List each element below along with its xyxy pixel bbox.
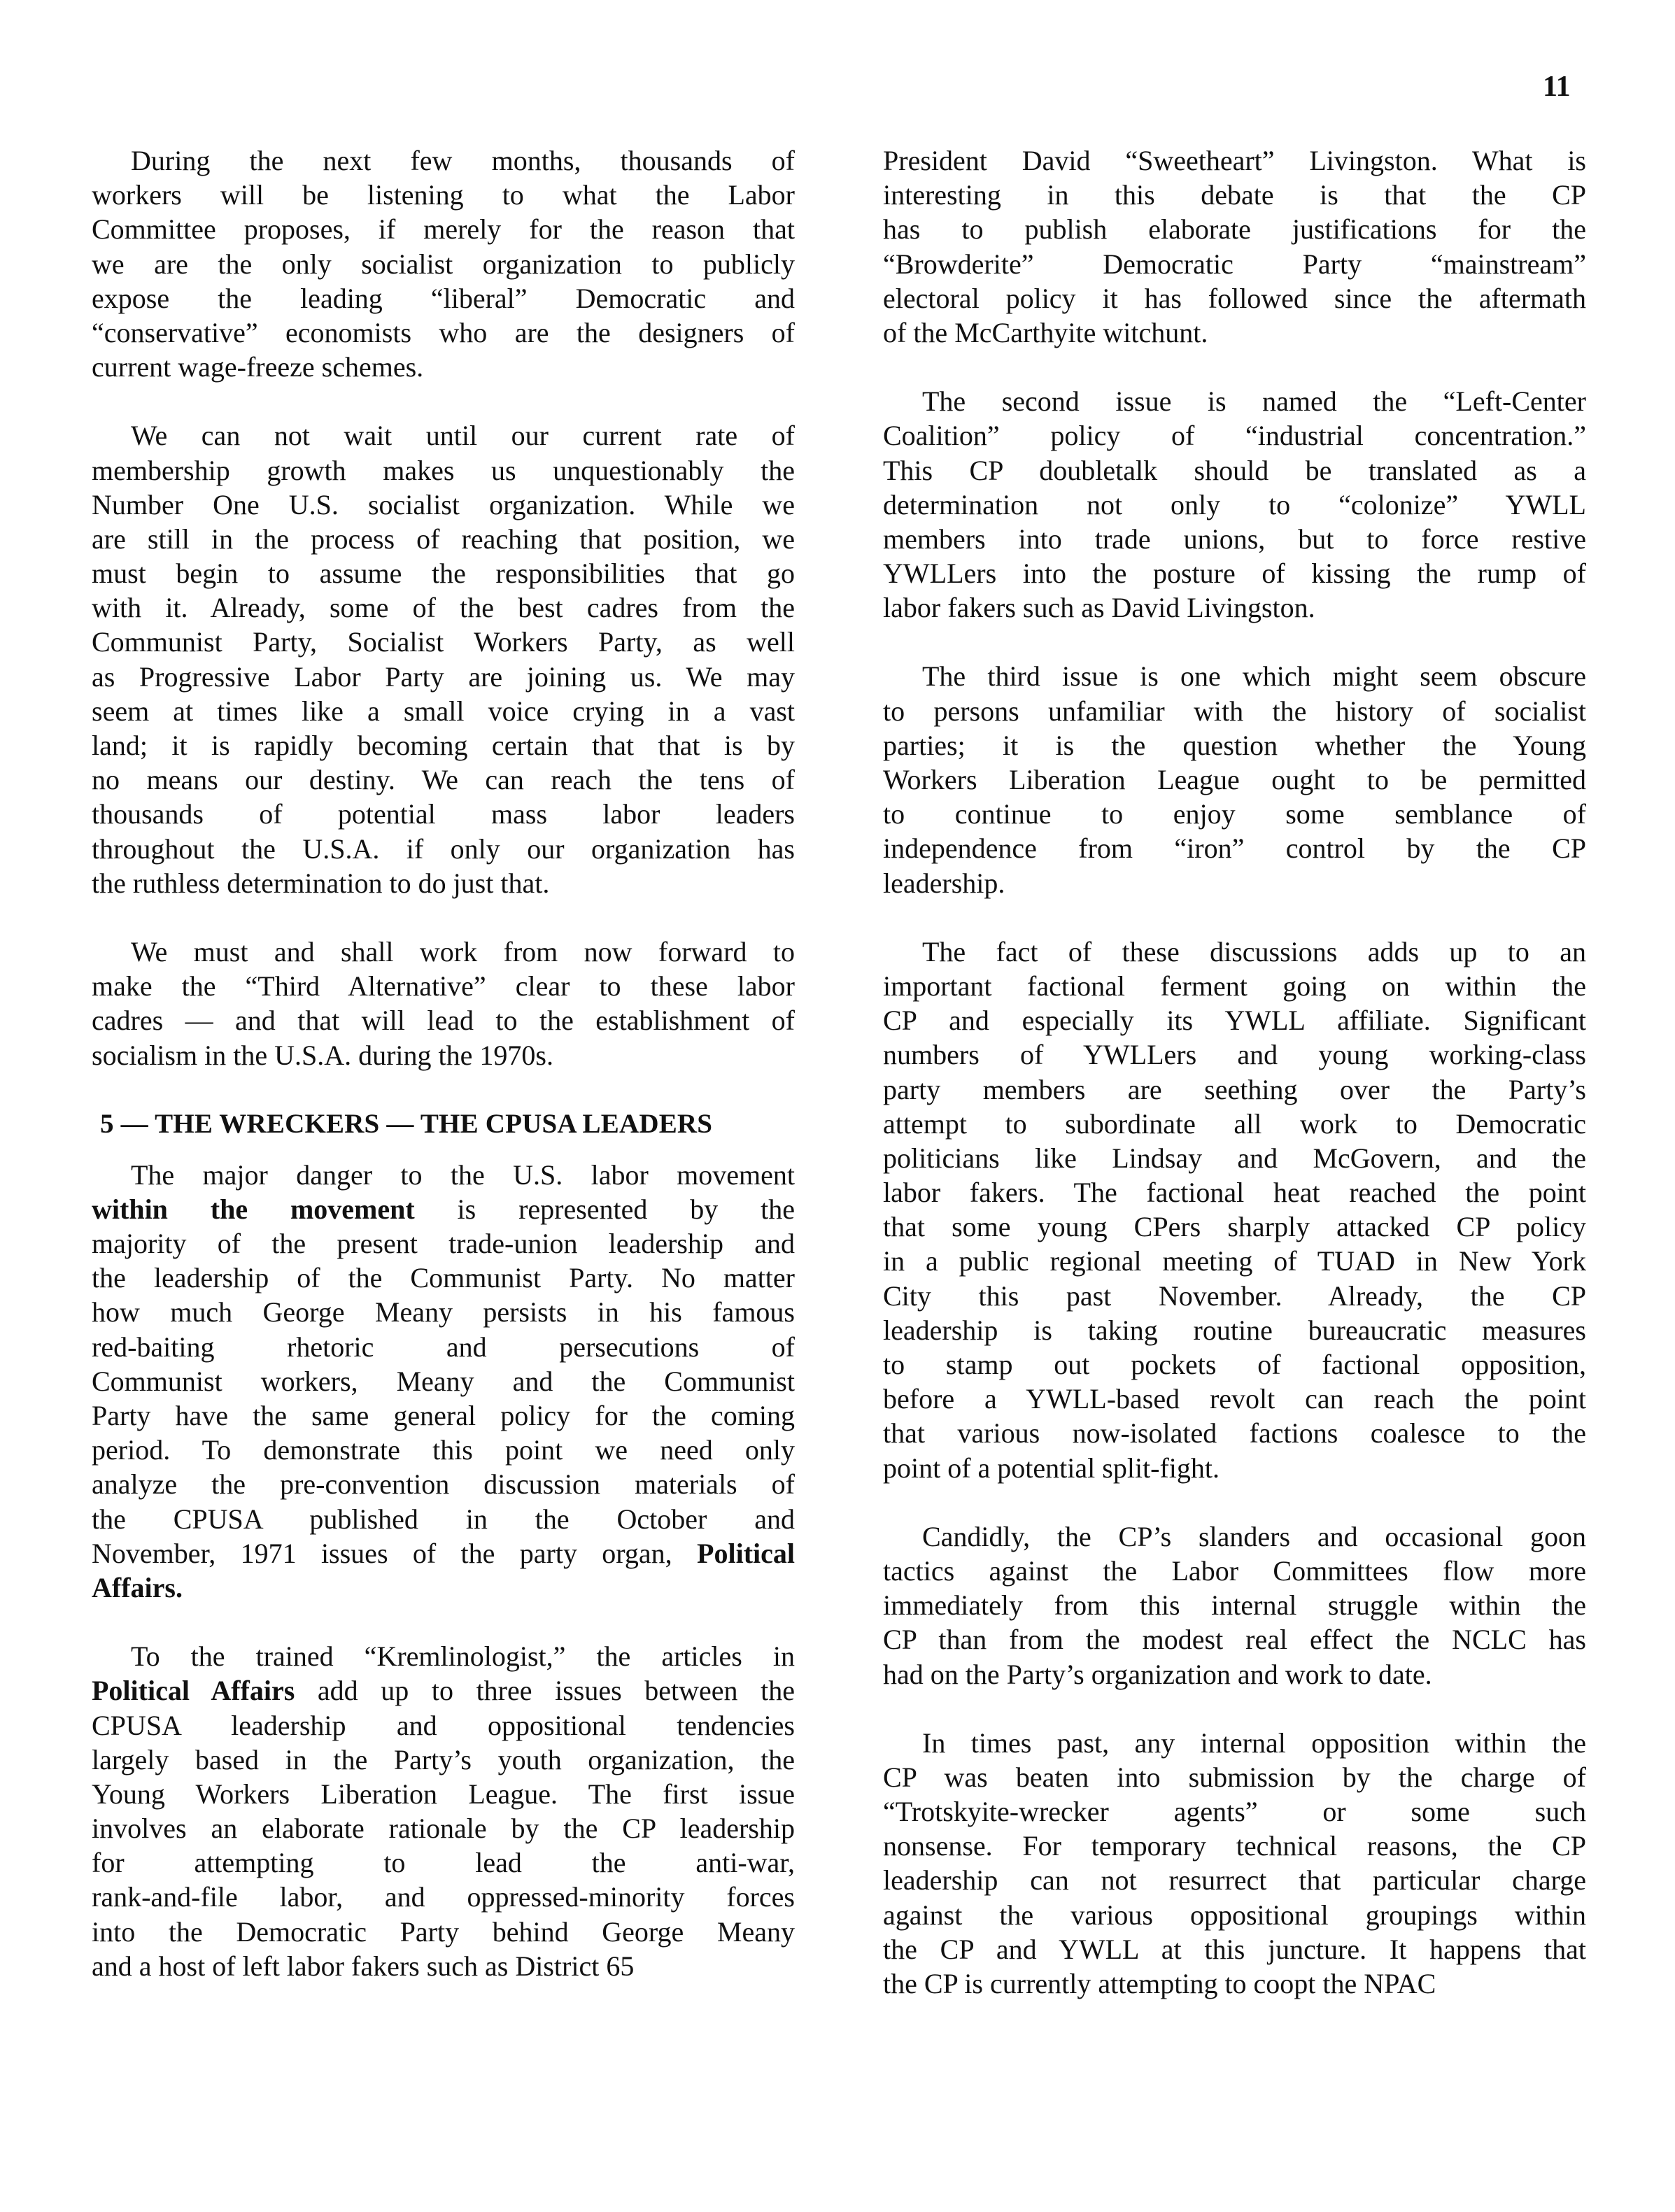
- text-line: the leadership of the Communist Party. N…: [92, 1261, 795, 1295]
- text-line: make the “Third Alternative” clear to th…: [92, 969, 795, 1003]
- text-line: the ruthless determination to do just th…: [92, 866, 795, 900]
- text-line: Committee proposes, if merely for the re…: [92, 212, 795, 246]
- page-number: 11: [1543, 70, 1571, 104]
- text-line: immediately from this internal struggle …: [883, 1588, 1586, 1622]
- text-line: period. To demonstrate this point we nee…: [92, 1433, 795, 1467]
- text-line: November, 1971 issues of the party organ…: [92, 1536, 795, 1571]
- text-line: has to publish elaborate justifications …: [883, 212, 1586, 246]
- text-line: Workers Liberation League ought to be pe…: [883, 763, 1586, 797]
- text-line: numbers of YWLLers and young working-cla…: [883, 1037, 1586, 1072]
- text-line: independence from “iron” control by the …: [883, 831, 1586, 865]
- text-line: YWLLers into the posture of kissing the …: [883, 556, 1586, 590]
- left-column: During the next few months, thousands of…: [92, 143, 795, 2018]
- text-line: must begin to assume the responsibilitie…: [92, 556, 795, 590]
- text-line: cadres — and that will lead to the estab…: [92, 1003, 795, 1037]
- paragraph: The second issue is named the “Left-Cent…: [883, 384, 1586, 625]
- paragraph: The third issue is one which might seem …: [883, 659, 1586, 900]
- text-line: for attempting to lead the anti-war,: [92, 1845, 795, 1880]
- text-line: land; it is rapidly becoming certain tha…: [92, 728, 795, 763]
- paragraph: In times past, any internal opposition w…: [883, 1726, 1586, 2001]
- text-line: workers will be listening to what the La…: [92, 178, 795, 212]
- text-line: CP than from the modest real effect the …: [883, 1622, 1586, 1657]
- text-line: members into trade unions, but to force …: [883, 522, 1586, 556]
- text-line: that various now-isolated factions coale…: [883, 1416, 1586, 1450]
- section-heading: 5 — THE WRECKERS — THE CPUSA LEADERS: [100, 1107, 795, 1141]
- text-line: Communist workers, Meany and the Communi…: [92, 1364, 795, 1398]
- text-line: throughout the U.S.A. if only our organi…: [92, 832, 795, 866]
- text-line: The fact of these discussions adds up to…: [883, 935, 1586, 969]
- text-line: had on the Party’s organization and work…: [883, 1657, 1586, 1692]
- text-line: membership growth makes us unquestionabl…: [92, 453, 795, 488]
- text-line: In times past, any internal opposition w…: [883, 1726, 1586, 1760]
- text-line: current wage-freeze schemes.: [92, 350, 795, 384]
- right-column: President David “Sweetheart” Livingston.…: [883, 143, 1586, 2035]
- text-line: interesting in this debate is that the C…: [883, 178, 1586, 212]
- text-line: leadership is taking routine bureaucrati…: [883, 1313, 1586, 1347]
- paragraph: We can not wait until our current rate o…: [92, 418, 795, 900]
- text-line: socialism in the U.S.A. during the 1970s…: [92, 1038, 795, 1072]
- text-line: labor fakers such as David Livingston.: [883, 590, 1586, 625]
- text-line: Young Workers Liberation League. The fir…: [92, 1777, 795, 1811]
- text-line: within the movement is represented by th…: [92, 1192, 795, 1226]
- text-line: analyze the pre-convention discussion ma…: [92, 1467, 795, 1501]
- text-line: expose the leading “liberal” Democratic …: [92, 281, 795, 316]
- text-line: leadership can not resurrect that partic…: [883, 1863, 1586, 1897]
- text-line: the CP and YWLL at this juncture. It hap…: [883, 1932, 1586, 1966]
- text-line: Political Affairs add up to three issues…: [92, 1673, 795, 1708]
- text-line: leadership.: [883, 866, 1586, 900]
- text-line: This CP doubletalk should be translated …: [883, 453, 1586, 488]
- text-line: point of a potential split-fight.: [883, 1451, 1586, 1485]
- text-line: largely based in the Party’s youth organ…: [92, 1743, 795, 1777]
- text-line: nonsense. For temporary technical reason…: [883, 1829, 1586, 1863]
- text-line: The second issue is named the “Left-Cent…: [883, 384, 1586, 418]
- text-line: into the Democratic Party behind George …: [92, 1915, 795, 1949]
- text-line: with it. Already, some of the best cadre…: [92, 590, 795, 625]
- text-line: “conservative” economists who are the de…: [92, 316, 795, 350]
- text-line: parties; it is the question whether the …: [883, 728, 1586, 763]
- text-line: labor fakers. The factional heat reached…: [883, 1175, 1586, 1210]
- text-line: to stamp out pockets of factional opposi…: [883, 1347, 1586, 1382]
- paragraph: To the trained “Kremlinologist,” the art…: [92, 1639, 795, 1983]
- text-line: rank-and-file labor, and oppressed-minor…: [92, 1880, 795, 1914]
- text-line: that some young CPers sharply attacked C…: [883, 1210, 1586, 1244]
- paragraph: Candidly, the CP’s slanders and occasion…: [883, 1519, 1586, 1692]
- text-line: Affairs.: [92, 1571, 795, 1605]
- text-line: how much George Meany persists in his fa…: [92, 1295, 795, 1329]
- paragraph: During the next few months, thousands of…: [92, 143, 795, 384]
- text-line: important factional ferment going on wit…: [883, 969, 1586, 1003]
- text-line: the CPUSA published in the October and: [92, 1502, 795, 1536]
- text-line: The third issue is one which might seem …: [883, 659, 1586, 693]
- text-line: red-baiting rhetoric and persecutions of: [92, 1330, 795, 1364]
- text-line: We can not wait until our current rate o…: [92, 418, 795, 453]
- text-line: as Progressive Labor Party are joining u…: [92, 660, 795, 694]
- text-line: “Trotskyite-wrecker agents” or some such: [883, 1794, 1586, 1829]
- text-line: tactics against the Labor Committees flo…: [883, 1554, 1586, 1588]
- text-line: CP and especially its YWLL affiliate. Si…: [883, 1003, 1586, 1037]
- paragraph: President David “Sweetheart” Livingston.…: [883, 143, 1586, 350]
- text-line: We must and shall work from now forward …: [92, 935, 795, 969]
- text-line: “Browderite” Democratic Party “mainstrea…: [883, 247, 1586, 281]
- text-line: are still in the process of reaching tha…: [92, 522, 795, 556]
- text-line: to persons unfamiliar with the history o…: [883, 694, 1586, 728]
- text-line: the CP is currently attempting to coopt …: [883, 1966, 1586, 2001]
- text-line: Communist Party, Socialist Workers Party…: [92, 625, 795, 659]
- text-line: To the trained “Kremlinologist,” the art…: [92, 1639, 795, 1673]
- paragraph: We must and shall work from now forward …: [92, 935, 795, 1072]
- text-line: electoral policy it has followed since t…: [883, 281, 1586, 316]
- text-line: City this past November. Already, the CP: [883, 1279, 1586, 1313]
- text-line: Number One U.S. socialist organization. …: [92, 488, 795, 522]
- text-line: before a YWLL-based revolt can reach the…: [883, 1382, 1586, 1416]
- text-line: The major danger to the U.S. labor movem…: [92, 1158, 795, 1192]
- text-line: party members are seething over the Part…: [883, 1072, 1586, 1107]
- text-line: thousands of potential mass labor leader…: [92, 797, 795, 831]
- text-line: CPUSA leadership and oppositional tenden…: [92, 1708, 795, 1743]
- text-line: we are the only socialist organization t…: [92, 247, 795, 281]
- text-line: Coalition” policy of “industrial concent…: [883, 418, 1586, 453]
- text-line: determination not only to “colonize” YWL…: [883, 488, 1586, 522]
- text-line: and a host of left labor fakers such as …: [92, 1949, 795, 1983]
- text-line: involves an elaborate rationale by the C…: [92, 1811, 795, 1845]
- text-line: of the McCarthyite witchunt.: [883, 316, 1586, 350]
- text-line: no means our destiny. We can reach the t…: [92, 763, 795, 797]
- text-line: CP was beaten into submission by the cha…: [883, 1760, 1586, 1794]
- text-line: majority of the present trade-union lead…: [92, 1226, 795, 1261]
- text-line: Party have the same general policy for t…: [92, 1398, 795, 1433]
- text-line: attempt to subordinate all work to Democ…: [883, 1107, 1586, 1141]
- text-line: seem at times like a small voice crying …: [92, 694, 795, 728]
- text-line: in a public regional meeting of TUAD in …: [883, 1244, 1586, 1278]
- text-line: against the various oppositional groupin…: [883, 1898, 1586, 1932]
- text-line: to continue to enjoy some semblance of: [883, 797, 1586, 831]
- text-line: President David “Sweetheart” Livingston.…: [883, 143, 1586, 178]
- paragraph: The major danger to the U.S. labor movem…: [92, 1158, 795, 1605]
- text-line: politicians like Lindsay and McGovern, a…: [883, 1141, 1586, 1175]
- text-line: During the next few months, thousands of: [92, 143, 795, 178]
- text-line: Candidly, the CP’s slanders and occasion…: [883, 1519, 1586, 1554]
- paragraph: The fact of these discussions adds up to…: [883, 935, 1586, 1485]
